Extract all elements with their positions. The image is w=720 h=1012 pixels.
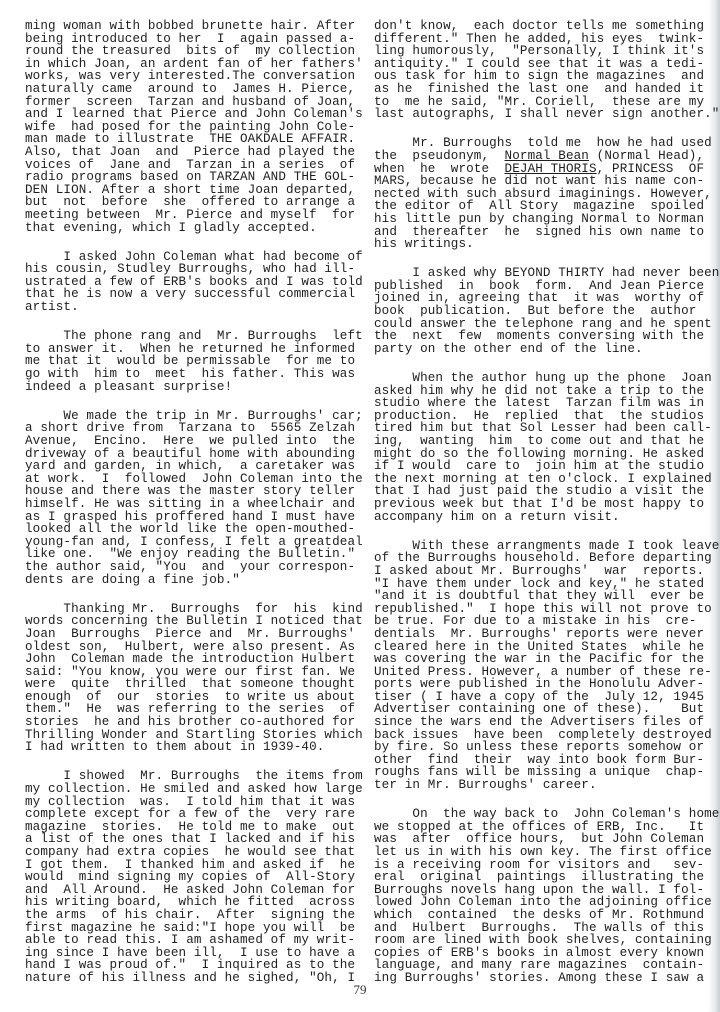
text-line: looked all the world like the open-mouth… bbox=[25, 523, 350, 536]
text-line: go with him to meet his father. This was bbox=[25, 368, 350, 381]
text-line: ming woman with bobbed brunette hair. Af… bbox=[25, 20, 350, 33]
text-line: let us in with his own key. The first of… bbox=[374, 846, 702, 859]
text-line: would mind signing my copies of All-Stor… bbox=[25, 871, 350, 884]
text-line: the author said, "You and your correspon… bbox=[25, 561, 350, 574]
page-number: 79 bbox=[0, 982, 720, 998]
text-line: artist. bbox=[25, 301, 350, 314]
text-line: ter in Mr. Burroughs' career. bbox=[374, 779, 702, 792]
paragraph: The phone rang and Mr. Burroughs leftto … bbox=[25, 330, 350, 393]
paragraph: ming woman with bobbed brunette hair. Af… bbox=[25, 20, 350, 234]
text-line: complete except for a few of the very ra… bbox=[25, 808, 350, 821]
text-line: able to read this. I am ashamed of my wr… bbox=[25, 934, 350, 947]
text-line: Avenue, Encino. Here we pulled into the bbox=[25, 435, 350, 448]
text-line: ling humorously, "Personally, I think it… bbox=[374, 45, 702, 58]
text-line: ports were published in the Honolulu Adv… bbox=[374, 678, 702, 691]
text-line: radio programs based on TARZAN AND THE G… bbox=[25, 171, 350, 184]
text-line: the next few moments conversing with the bbox=[374, 330, 702, 343]
text-line: On the way back to John Coleman's home bbox=[374, 808, 702, 821]
text-line: my collection. He smiled and asked how l… bbox=[25, 783, 350, 796]
paragraph: Thanking Mr. Burroughs for his kindwords… bbox=[25, 603, 350, 754]
text-line: I had written to them about in 1939-40. bbox=[25, 741, 350, 754]
text-line: indeed a pleasant surprise! bbox=[25, 381, 350, 394]
text-line: his little pun by changing Normal to Nor… bbox=[374, 213, 702, 226]
text-line: himself. He was sitting in a wheelchair … bbox=[25, 498, 350, 511]
text-line: which contained the desks of Mr. Rothmun… bbox=[374, 909, 702, 922]
paragraph: I showed Mr. Burroughs the items frommy … bbox=[25, 770, 350, 984]
text-line: dentials Mr. Burroughs' reports were nev… bbox=[374, 628, 702, 641]
text-line: was covering the war in the Pacific for … bbox=[374, 653, 702, 666]
text-line: and I learned that Pierce and John Colem… bbox=[25, 108, 350, 121]
paragraph: We made the trip in Mr. Burroughs' car;a… bbox=[25, 410, 350, 586]
text-line: "and it is doubtful that they will ever … bbox=[374, 590, 702, 603]
page-edge-shadow bbox=[708, 0, 720, 1012]
text-line: party on the other end of the line. bbox=[374, 343, 702, 356]
text-line: Also, that Joan and Pierce had played th… bbox=[25, 146, 350, 159]
text-line: room are lined with book shelves, contai… bbox=[374, 934, 702, 947]
text-line: company had extra copies he would see th… bbox=[25, 846, 350, 859]
text-line: naturally came around to James H. Pierce… bbox=[25, 83, 350, 96]
text-column-right: don't know, each doctor tells me somethi… bbox=[374, 20, 702, 1001]
text-line: his cousin, Studley Burroughs, who had i… bbox=[25, 263, 350, 276]
text-line: studio where the latest Tarzan film was … bbox=[374, 397, 702, 410]
text-line: accompany him on a return visit. bbox=[374, 511, 702, 524]
paragraph: I asked John Coleman what had become ofh… bbox=[25, 251, 350, 314]
text-line: stories he and his brother co-authored f… bbox=[25, 716, 350, 729]
text-line: as he finished the last one and handed i… bbox=[374, 83, 702, 96]
text-line: last autographs, I shall never sign anot… bbox=[374, 108, 702, 121]
text-line: were quite thrilled that someone thought bbox=[25, 678, 350, 691]
paragraph: don't know, each doctor tells me somethi… bbox=[374, 20, 702, 121]
text-line: When the author hung up the phone Joan bbox=[374, 372, 702, 385]
paragraph: When the author hung up the phone Joanas… bbox=[374, 372, 702, 523]
text-line: previous week but that I'd be most happy… bbox=[374, 498, 702, 511]
text-line: John Coleman made the introduction Hulbe… bbox=[25, 653, 350, 666]
paragraph: I asked why BEYOND THIRTY had never been… bbox=[374, 267, 702, 355]
text-line: since the wars end the Advertisers files… bbox=[374, 716, 702, 729]
text-line: his writings. bbox=[374, 238, 702, 251]
text-line: ing, wanting him to come out and that he bbox=[374, 435, 702, 448]
text-line: that evening, which I gladly accepted. bbox=[25, 222, 350, 235]
paragraph: With these arrangments made I took leave… bbox=[374, 540, 702, 792]
text-column-left: ming woman with bobbed brunette hair. Af… bbox=[25, 20, 350, 1001]
text-line: don't know, each doctor tells me somethi… bbox=[374, 20, 702, 33]
paragraph: Mr. Burroughs told me how he had usedthe… bbox=[374, 137, 702, 250]
text-line: the arms of his chair. After signing the bbox=[25, 909, 350, 922]
paragraph: On the way back to John Coleman's homewe… bbox=[374, 808, 702, 984]
text-line: I asked about Mr. Burroughs' war reports… bbox=[374, 565, 702, 578]
text-line: if I would care to join him at the studi… bbox=[374, 460, 702, 473]
text-line: dents are doing a fine job." bbox=[25, 574, 350, 587]
text-line: I asked why BEYOND THIRTY had never been bbox=[374, 267, 702, 280]
text-line: MARS, because he did not want his name c… bbox=[374, 175, 702, 188]
text-line: book publication. But before the author bbox=[374, 305, 702, 318]
text-line: by fire. So unless these reports somehow… bbox=[374, 741, 702, 754]
text-line: yard and garden, in which, a caretaker w… bbox=[25, 460, 350, 473]
text-line: Joan Burroughs Pierce and Mr. Burroughs' bbox=[25, 628, 350, 641]
text-line: meeting between Mr. Pierce and myself fo… bbox=[25, 209, 350, 222]
text-line: round the treasured bits of my collectio… bbox=[25, 45, 350, 58]
text-line: eral original paintings illustrating the bbox=[374, 871, 702, 884]
text-line: The phone rang and Mr. Burroughs left bbox=[25, 330, 350, 343]
